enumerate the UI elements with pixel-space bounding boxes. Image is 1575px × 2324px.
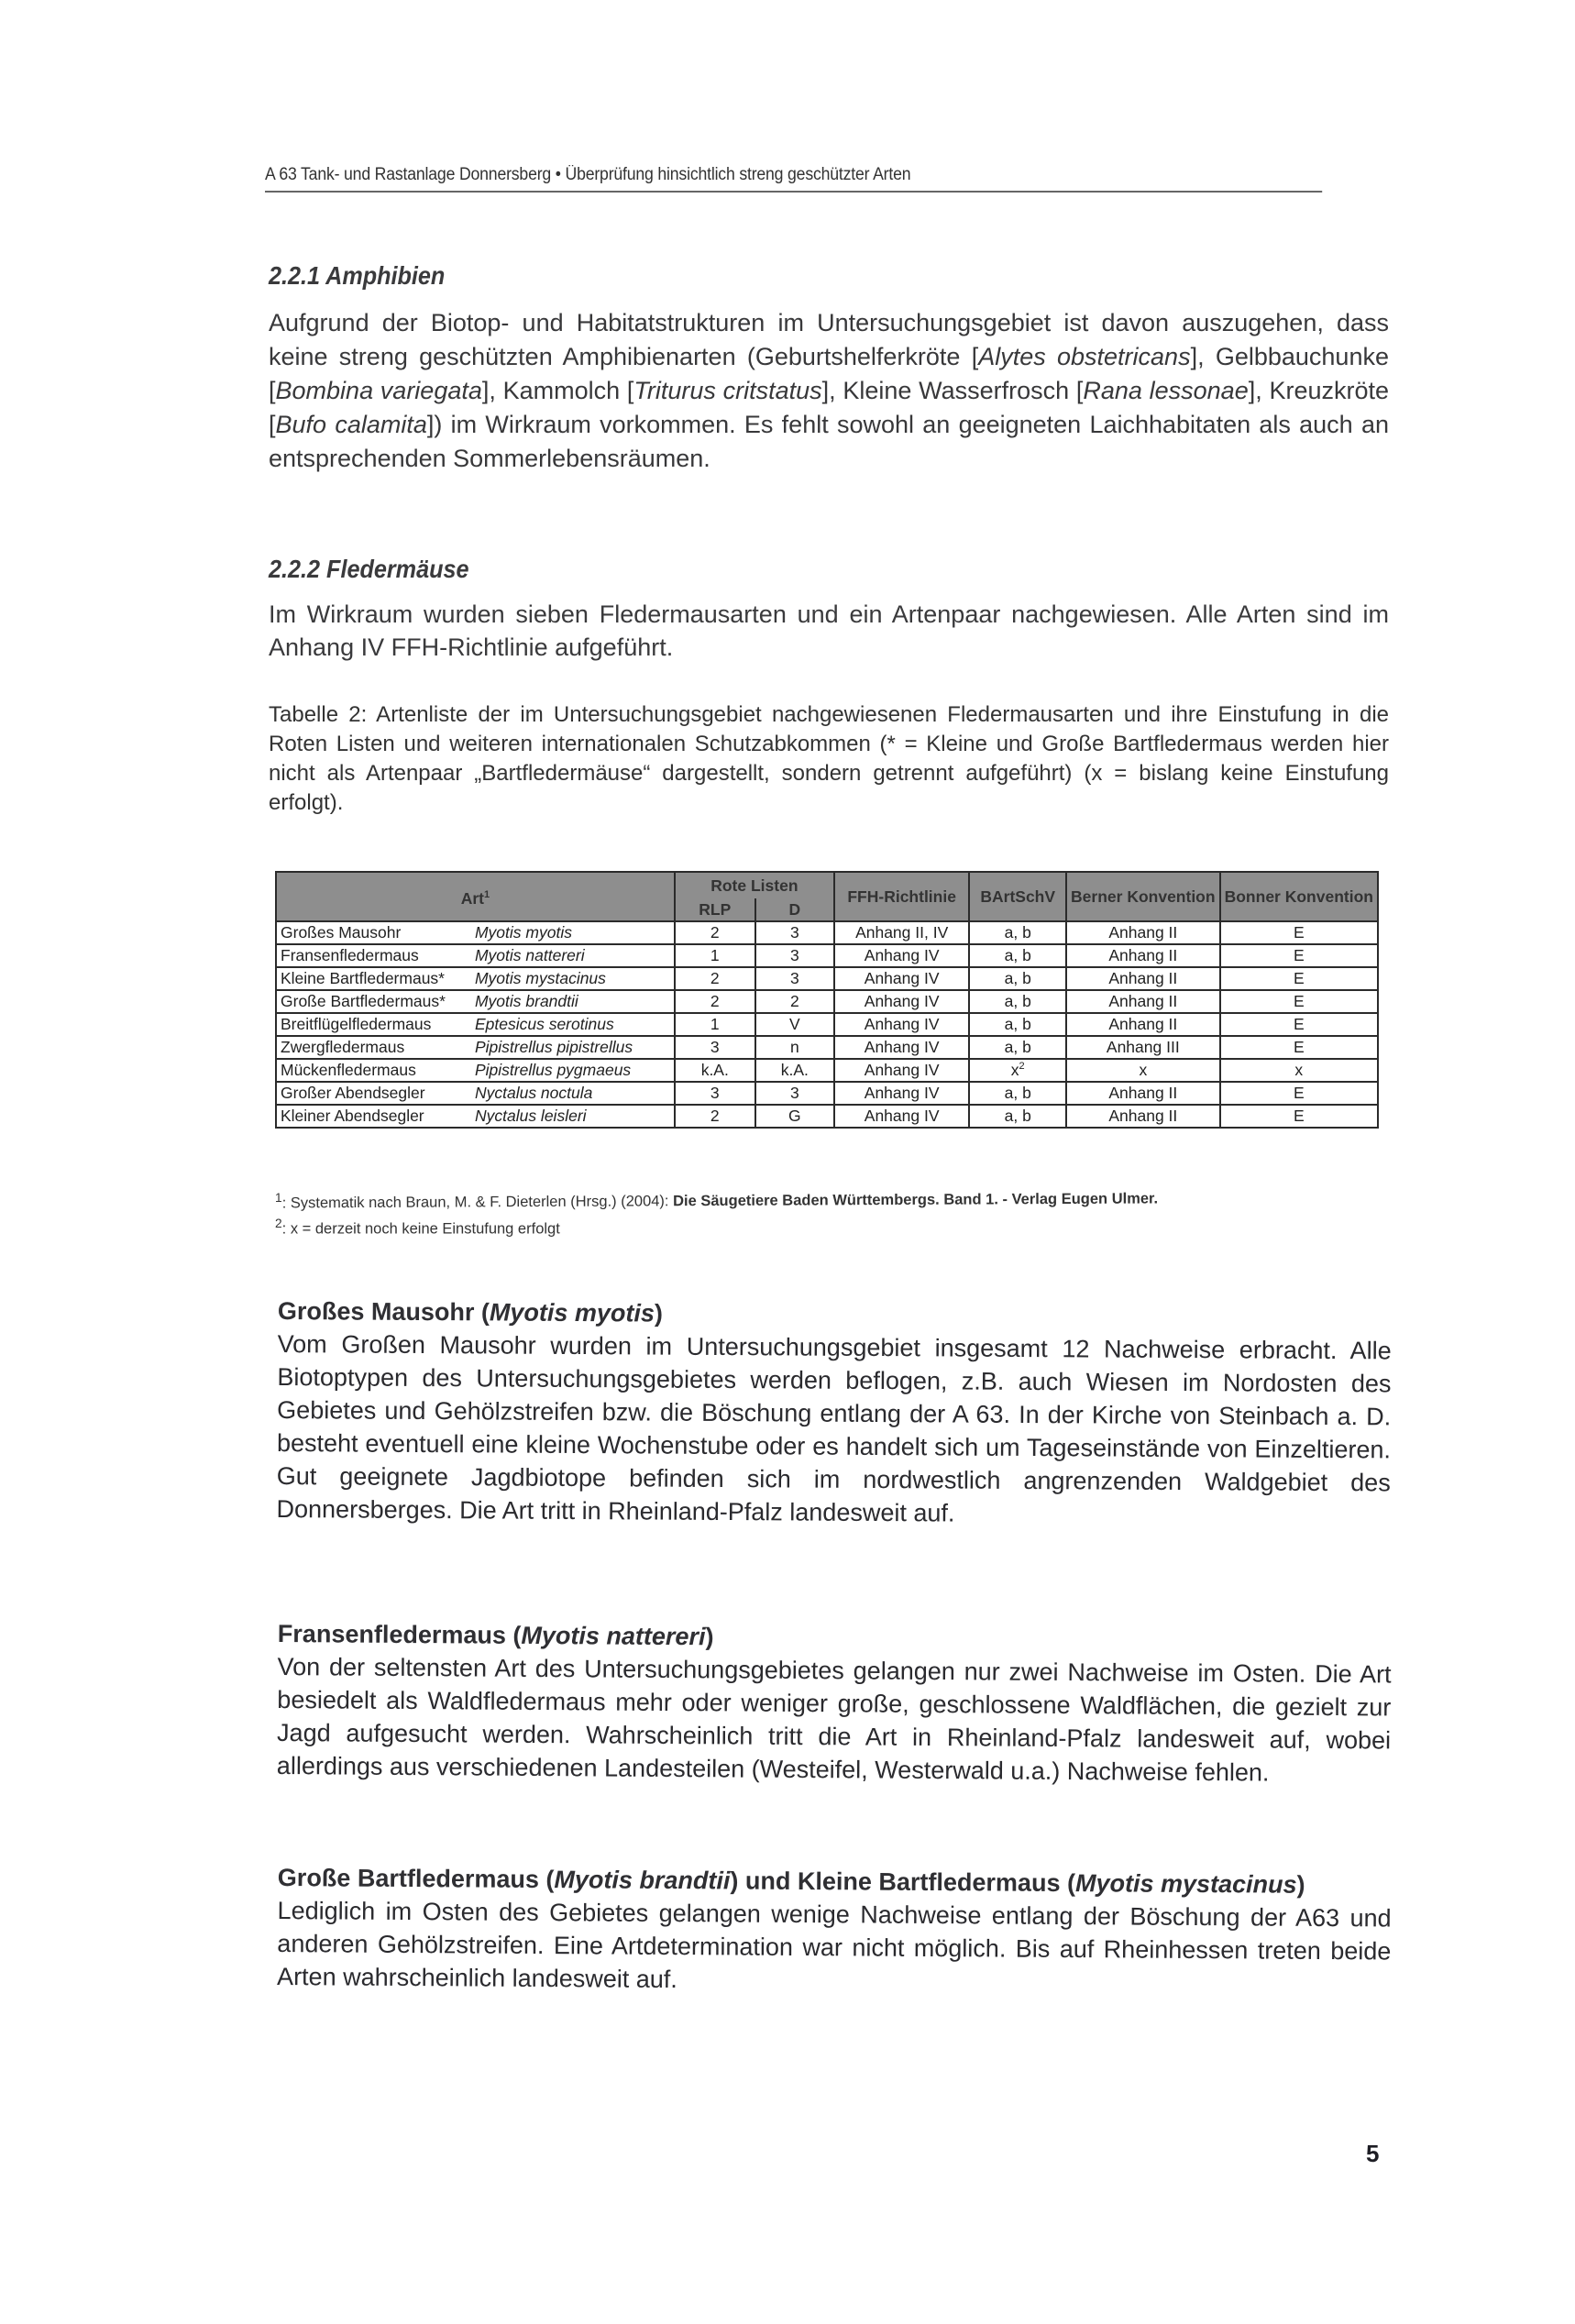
cell-bartschv-text: a, b bbox=[1005, 1038, 1031, 1056]
cell-berner-text: Anhang II bbox=[1108, 1015, 1177, 1033]
cell-d: k.A. bbox=[755, 1059, 834, 1082]
species-name-lat: Myotis nattereri bbox=[521, 1622, 705, 1650]
table-row: MückenfledermausPipistrellus pygmaeusk.A… bbox=[276, 1059, 1378, 1082]
cell-bonner-text: x bbox=[1294, 1061, 1303, 1079]
species-common-name: Mückenfledermaus bbox=[276, 1059, 471, 1082]
cell-rlp-text: 2 bbox=[710, 969, 720, 987]
species-common-name: Kleine Bartfledermaus* bbox=[276, 967, 471, 990]
cell-rlp-text: k.A. bbox=[701, 1061, 729, 1079]
cell-d-text: G bbox=[788, 1107, 801, 1125]
cell-berner-text: Anhang III bbox=[1107, 1038, 1180, 1056]
cell-rlp-text: 1 bbox=[710, 946, 720, 964]
punctuation: ) bbox=[1296, 1871, 1305, 1899]
species-section-grosses-mausohr: Großes Mausohr (Myotis myotis) Vom Große… bbox=[276, 1294, 1392, 1532]
species-latin-name: Rana lessonae bbox=[1083, 377, 1248, 404]
fledermaeuse-paragraph: Im Wirkraum wurden sieben Fledermausarte… bbox=[269, 598, 1389, 664]
species-common-name: Großes Mausohr bbox=[276, 921, 471, 944]
running-header: A 63 Tank- und Rastanlage Donnersberg • … bbox=[265, 165, 1322, 193]
table-row: Kleiner AbendseglerNyctalus leisleri2GAn… bbox=[276, 1105, 1378, 1128]
species-section-fransenfledermaus: Fransenfledermaus (Myotis nattereri) Von… bbox=[277, 1617, 1392, 1790]
cell-ffh-text: Anhang IV bbox=[865, 1107, 940, 1125]
cell-ffh-text: Anhang IV bbox=[865, 1084, 940, 1102]
cell-ffh: Anhang IV bbox=[834, 1013, 969, 1036]
cell-d: 3 bbox=[755, 921, 834, 944]
cell-bartschv: a, b bbox=[969, 944, 1066, 967]
footnote-text: : Systematik nach Braun, M. & F. Dieterl… bbox=[282, 1193, 673, 1211]
cell-d: 3 bbox=[755, 967, 834, 990]
cell-berner: Anhang II bbox=[1066, 944, 1220, 967]
species-latin-name-text: Myotis myotis bbox=[475, 923, 572, 942]
species-latin-name: Nyctalus leisleri bbox=[471, 1105, 675, 1128]
species-common-name: Zwergfledermaus bbox=[276, 1036, 471, 1059]
table-row: FransenfledermausMyotis nattereri13Anhan… bbox=[276, 944, 1378, 967]
table-row: Kleine Bartfledermaus*Myotis mystacinus2… bbox=[276, 967, 1378, 990]
header-ffh: FFH-Richtlinie bbox=[834, 872, 969, 921]
species-latin-name: Bufo calamita bbox=[276, 411, 427, 438]
text-run: ]) im Wirkraum vorkommen. Es fehlt sowoh… bbox=[269, 411, 1389, 472]
header-bonner: Bonner Konvention bbox=[1220, 872, 1378, 921]
species-latin-name-text: Nyctalus leisleri bbox=[475, 1107, 587, 1125]
species-section-bartfledermaeuse: Große Bartfledermaus (Myotis brandtii) u… bbox=[277, 1861, 1392, 2000]
cell-bartschv-text: a, b bbox=[1005, 946, 1031, 964]
species-latin-name: Pipistrellus pipistrellus bbox=[471, 1036, 675, 1059]
header-rote-listen: Rote Listen bbox=[675, 872, 834, 898]
species-common-name-text: Kleine Bartfledermaus* bbox=[281, 969, 445, 987]
species-name-de: Große Bartfledermaus ( bbox=[278, 1864, 555, 1893]
cell-rlp: 2 bbox=[675, 967, 755, 990]
cell-berner: x bbox=[1066, 1059, 1220, 1082]
cell-ffh: Anhang IV bbox=[834, 1082, 969, 1105]
cell-bonner: E bbox=[1220, 1036, 1378, 1059]
species-latin-name: Myotis myotis bbox=[471, 921, 675, 944]
cell-d: 3 bbox=[755, 1082, 834, 1105]
cell-bartschv: a, b bbox=[969, 1105, 1066, 1128]
cell-bonner: E bbox=[1220, 1082, 1378, 1105]
footnote-marker: 1 bbox=[275, 1191, 282, 1205]
footnote-marker: 2 bbox=[1019, 1061, 1025, 1072]
cell-d-text: 3 bbox=[790, 1084, 799, 1102]
cell-berner: Anhang II bbox=[1066, 1105, 1220, 1128]
cell-ffh: Anhang IV bbox=[834, 1036, 969, 1059]
cell-berner-text: Anhang II bbox=[1108, 969, 1177, 987]
species-description: Von der seltensten Art des Untersuchungs… bbox=[277, 1650, 1392, 1790]
cell-berner: Anhang II bbox=[1066, 1082, 1220, 1105]
species-description: Vom Großen Mausohr wurden im Untersuchun… bbox=[276, 1327, 1391, 1532]
cell-bartschv-text: a, b bbox=[1005, 992, 1031, 1010]
footnote-marker: 1 bbox=[484, 889, 490, 900]
cell-ffh-text: Anhang IV bbox=[865, 969, 940, 987]
species-latin-name-text: Pipistrellus pygmaeus bbox=[475, 1061, 631, 1079]
cell-bartschv: a, b bbox=[969, 1082, 1066, 1105]
species-common-name-text: Große Bartfledermaus* bbox=[281, 992, 446, 1010]
species-name-lat: Myotis mystacinus bbox=[1075, 1869, 1297, 1899]
cell-d-text: 3 bbox=[790, 923, 799, 942]
cell-berner-text: Anhang II bbox=[1108, 1107, 1177, 1125]
species-name-lat: Myotis brandtii bbox=[554, 1866, 730, 1894]
cell-bartschv: a, b bbox=[969, 1036, 1066, 1059]
cell-ffh: Anhang IV bbox=[834, 944, 969, 967]
table-row: Große Bartfledermaus*Myotis brandtii22An… bbox=[276, 990, 1378, 1013]
cell-berner: Anhang II bbox=[1066, 967, 1220, 990]
punctuation: ) bbox=[705, 1623, 713, 1650]
species-common-name-text: Zwergfledermaus bbox=[281, 1038, 404, 1056]
cell-bonner: E bbox=[1220, 990, 1378, 1013]
cell-ffh-text: Anhang IV bbox=[865, 1038, 940, 1056]
cell-rlp-text: 2 bbox=[710, 923, 720, 942]
cell-d: V bbox=[755, 1013, 834, 1036]
cell-d-text: 3 bbox=[790, 969, 799, 987]
text-run: ], Kammolch [ bbox=[482, 377, 633, 404]
cell-rlp: 2 bbox=[675, 921, 755, 944]
species-latin-name: Triturus critstatus bbox=[633, 377, 821, 404]
cell-bonner-text: E bbox=[1294, 1038, 1305, 1056]
cell-rlp: 3 bbox=[675, 1036, 755, 1059]
species-common-name-text: Mückenfledermaus bbox=[281, 1061, 416, 1079]
cell-ffh-text: Anhang II, IV bbox=[855, 923, 948, 942]
species-latin-name: Myotis brandtii bbox=[471, 990, 675, 1013]
footnote-1: 1: Systematik nach Braun, M. & F. Dieter… bbox=[275, 1183, 1403, 1214]
species-name-de: ) und Kleine Bartfledermaus ( bbox=[730, 1867, 1075, 1897]
cell-bonner: x bbox=[1220, 1059, 1378, 1082]
cell-berner: Anhang II bbox=[1066, 921, 1220, 944]
footnote-marker: 2 bbox=[275, 1217, 282, 1230]
cell-bonner: E bbox=[1220, 944, 1378, 967]
cell-rlp-text: 2 bbox=[710, 992, 720, 1010]
cell-rlp: 3 bbox=[675, 1082, 755, 1105]
footnote-2: 2: x = derzeit noch keine Einstufung erf… bbox=[275, 1214, 1403, 1239]
cell-rlp: 1 bbox=[675, 1013, 755, 1036]
cell-bonner: E bbox=[1220, 1013, 1378, 1036]
cell-bartschv-text: a, b bbox=[1005, 1084, 1031, 1102]
species-common-name: Breitflügelfledermaus bbox=[276, 1013, 471, 1036]
cell-ffh-text: Anhang IV bbox=[865, 1015, 940, 1033]
table-row: BreitflügelfledermausEptesicus serotinus… bbox=[276, 1013, 1378, 1036]
header-art: Art1 bbox=[276, 872, 675, 921]
cell-d-text: 2 bbox=[790, 992, 799, 1010]
cell-bonner-text: E bbox=[1294, 1015, 1305, 1033]
footnote-text: : x = derzeit noch keine Einstufung erfo… bbox=[282, 1220, 560, 1237]
cell-d: 2 bbox=[755, 990, 834, 1013]
cell-berner-text: Anhang II bbox=[1108, 992, 1177, 1010]
species-name-de: Fransenfledermaus ( bbox=[278, 1620, 522, 1649]
species-latin-name: Bombina variegata bbox=[276, 377, 482, 404]
species-latin-name: Pipistrellus pygmaeus bbox=[471, 1059, 675, 1082]
cell-berner: Anhang III bbox=[1066, 1036, 1220, 1059]
cell-bartschv: a, b bbox=[969, 967, 1066, 990]
species-common-name: Fransenfledermaus bbox=[276, 944, 471, 967]
cell-d-text: 3 bbox=[790, 946, 799, 964]
cell-bonner: E bbox=[1220, 967, 1378, 990]
cell-bonner-text: E bbox=[1294, 1084, 1305, 1102]
cell-rlp-text: 1 bbox=[710, 1015, 720, 1033]
cell-rlp: 2 bbox=[675, 990, 755, 1013]
species-common-name: Kleiner Abendsegler bbox=[276, 1105, 471, 1128]
cell-d: G bbox=[755, 1105, 834, 1128]
cell-berner-text: Anhang II bbox=[1108, 923, 1177, 942]
cell-bonner-text: E bbox=[1294, 946, 1305, 964]
cell-d: 3 bbox=[755, 944, 834, 967]
header-d: D bbox=[755, 898, 834, 921]
page-number: 5 bbox=[1366, 2140, 1379, 2168]
species-latin-name-text: Myotis nattereri bbox=[475, 946, 585, 964]
cell-ffh: Anhang IV bbox=[834, 967, 969, 990]
table-row: ZwergfledermausPipistrellus pipistrellus… bbox=[276, 1036, 1378, 1059]
cell-ffh: Anhang IV bbox=[834, 990, 969, 1013]
cell-ffh-text: Anhang IV bbox=[865, 946, 940, 964]
species-latin-name-text: Myotis brandtii bbox=[475, 992, 578, 1010]
cell-bartschv: a, b bbox=[969, 921, 1066, 944]
cell-bonner-text: E bbox=[1294, 969, 1305, 987]
section-title-amphibien: 2.2.1 Amphibien bbox=[269, 261, 445, 291]
species-common-name: Großer Abendsegler bbox=[276, 1082, 471, 1105]
section-title-fledermaeuse: 2.2.2 Fledermäuse bbox=[269, 555, 469, 584]
cell-ffh: Anhang IV bbox=[834, 1105, 969, 1128]
footnote-reference: Die Säugetiere Baden Württembergs. Band … bbox=[673, 1190, 1158, 1209]
table-footnotes: 1: Systematik nach Braun, M. & F. Dieter… bbox=[275, 1188, 1403, 1239]
table-body: Großes MausohrMyotis myotis23Anhang II, … bbox=[276, 921, 1378, 1128]
species-latin-name: Nyctalus noctula bbox=[471, 1082, 675, 1105]
cell-bartschv-text: a, b bbox=[1005, 1015, 1031, 1033]
species-common-name-text: Großer Abendsegler bbox=[281, 1084, 425, 1102]
cell-bartschv-text: a, b bbox=[1005, 1107, 1031, 1125]
cell-ffh-text: Anhang IV bbox=[865, 992, 940, 1010]
header-berner: Berner Konvention bbox=[1066, 872, 1220, 921]
species-common-name-text: Kleiner Abendsegler bbox=[281, 1107, 424, 1125]
species-latin-name-text: Myotis mystacinus bbox=[475, 969, 606, 987]
cell-bartschv: a, b bbox=[969, 1013, 1066, 1036]
cell-rlp-text: 2 bbox=[710, 1107, 720, 1125]
species-common-name-text: Großes Mausohr bbox=[281, 923, 401, 942]
table-header-row: Art1 Rote Listen FFH-Richtlinie BArtSchV… bbox=[276, 872, 1378, 898]
cell-berner-text: Anhang II bbox=[1108, 946, 1177, 964]
header-art-label: Art bbox=[461, 889, 484, 908]
amphibien-paragraph: Aufgrund der Biotop- und Habitatstruktur… bbox=[269, 306, 1389, 476]
species-latin-name: Myotis nattereri bbox=[471, 944, 675, 967]
cell-ffh: Anhang II, IV bbox=[834, 921, 969, 944]
cell-d-text: V bbox=[789, 1015, 800, 1033]
species-latin-name-text: Pipistrellus pipistrellus bbox=[475, 1038, 633, 1056]
cell-bonner-text: E bbox=[1294, 923, 1305, 942]
cell-bonner: E bbox=[1220, 1105, 1378, 1128]
cell-berner-text: Anhang II bbox=[1108, 1084, 1177, 1102]
table-row: Großer AbendseglerNyctalus noctula33Anha… bbox=[276, 1082, 1378, 1105]
species-name-de: Großes Mausohr ( bbox=[278, 1297, 490, 1326]
table-caption: Tabelle 2: Artenliste der im Untersuchun… bbox=[269, 700, 1389, 818]
species-common-name-text: Breitflügelfledermaus bbox=[281, 1015, 431, 1033]
species-latin-name: Myotis mystacinus bbox=[471, 967, 675, 990]
cell-d-text: n bbox=[790, 1038, 799, 1056]
cell-bartschv: a, b bbox=[969, 990, 1066, 1013]
species-table: Art1 Rote Listen FFH-Richtlinie BArtSchV… bbox=[275, 871, 1379, 1129]
punctuation: ) bbox=[655, 1300, 663, 1327]
species-common-name: Große Bartfledermaus* bbox=[276, 990, 471, 1013]
cell-bartschv-text: a, b bbox=[1005, 969, 1031, 987]
cell-rlp-text: 3 bbox=[710, 1084, 720, 1102]
header-rlp: RLP bbox=[675, 898, 755, 921]
species-latin-name-text: Eptesicus serotinus bbox=[475, 1015, 614, 1033]
header-bartschv: BArtSchV bbox=[969, 872, 1066, 921]
cell-bartschv-text: x bbox=[1011, 1061, 1019, 1079]
species-latin-name: Eptesicus serotinus bbox=[471, 1013, 675, 1036]
cell-rlp: 2 bbox=[675, 1105, 755, 1128]
cell-bonner-text: E bbox=[1294, 1107, 1305, 1125]
cell-berner: Anhang II bbox=[1066, 990, 1220, 1013]
cell-rlp: k.A. bbox=[675, 1059, 755, 1082]
cell-bartschv-text: a, b bbox=[1005, 923, 1031, 942]
cell-ffh: Anhang IV bbox=[834, 1059, 969, 1082]
cell-bartschv: x2 bbox=[969, 1059, 1066, 1082]
text-run: ], Kleine Wasserfrosch [ bbox=[822, 377, 1084, 404]
species-description: Lediglich im Osten des Gebietes gelangen… bbox=[277, 1894, 1392, 2000]
cell-rlp: 1 bbox=[675, 944, 755, 967]
cell-d: n bbox=[755, 1036, 834, 1059]
cell-berner-text: x bbox=[1139, 1061, 1147, 1079]
cell-berner: Anhang II bbox=[1066, 1013, 1220, 1036]
species-latin-name-text: Nyctalus noctula bbox=[475, 1084, 592, 1102]
species-name-lat: Myotis myotis bbox=[490, 1298, 655, 1327]
cell-rlp-text: 3 bbox=[710, 1038, 720, 1056]
cell-bonner-text: E bbox=[1294, 992, 1305, 1010]
cell-d-text: k.A. bbox=[781, 1061, 809, 1079]
species-common-name-text: Fransenfledermaus bbox=[281, 946, 419, 964]
species-latin-name: Alytes obstetricans bbox=[978, 343, 1190, 370]
cell-ffh-text: Anhang IV bbox=[865, 1061, 940, 1079]
cell-bonner: E bbox=[1220, 921, 1378, 944]
table-row: Großes MausohrMyotis myotis23Anhang II, … bbox=[276, 921, 1378, 944]
